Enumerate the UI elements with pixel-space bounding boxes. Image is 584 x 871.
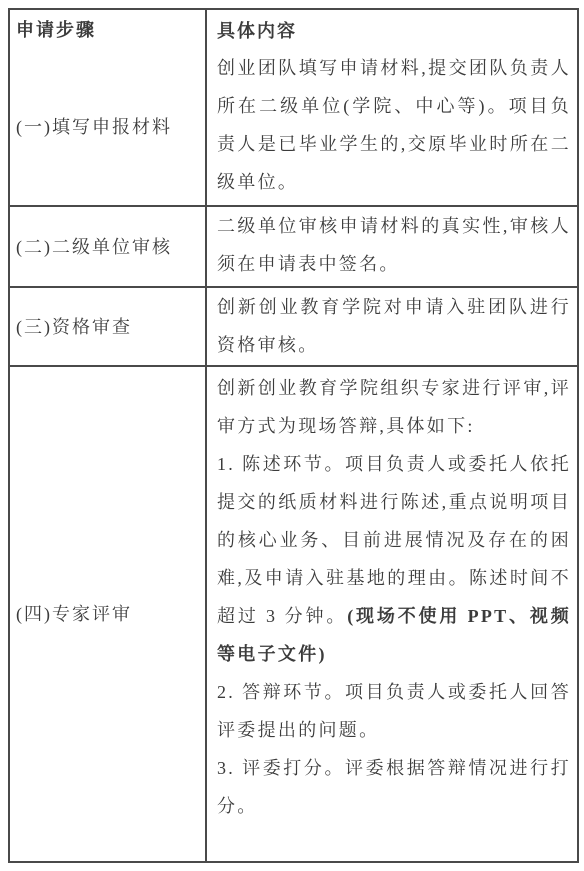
content-cell-3: 创新创业教育学院对申请入驻团队进行资格审核。 [206,287,578,366]
step-label-4: (四)专家评审 [16,604,132,624]
content-text: 2. 答辩环节。项目负责人或委托人回答评委提出的问题。 [217,682,571,740]
content-paragraph: 3. 评委打分。评委根据答辩情况进行打分。 [217,749,571,825]
content-paragraph: 创业团队填写申请材料,提交团队负责人所在二级单位(学院、中心等)。项目负责人是已… [217,49,571,201]
content-text: 二级单位审核申请材料的真实性,审核人须在申请表中签名。 [217,216,571,274]
header-content-label: 具体内容 [217,21,297,41]
step-cell-3: (三)资格审查 [9,287,206,366]
step-label-1: (一)填写申报材料 [16,117,172,137]
content-paragraph: 创新创业教育学院组织专家进行评审,评审方式为现场答辩,具体如下: [217,369,571,445]
content-paragraph: 二级单位审核申请材料的真实性,审核人须在申请表中签名。 [217,207,571,283]
application-steps-table: 申请步骤 具体内容 (一)填写申报材料 创业团队填写申请材料,提交团队负责人所在… [8,8,579,863]
content-text: 1. 陈述环节。项目负责人或委托人依托提交的纸质材料进行陈述,重点说明项目的核心… [217,454,571,626]
content-paragraph: 创新创业教育学院对申请入驻团队进行资格审核。 [217,288,571,364]
step-cell-1: (一)填写申报材料 [9,49,206,206]
table-row-unit-review: (二)二级单位审核 二级单位审核申请材料的真实性,审核人须在申请表中签名。 [9,206,578,287]
content-cell-4: 创新创业教育学院组织专家进行评审,评审方式为现场答辩,具体如下: 1. 陈述环节… [206,366,578,862]
table-row-expert-review: (四)专家评审 创新创业教育学院组织专家进行评审,评审方式为现场答辩,具体如下:… [9,366,578,862]
content-cell-2: 二级单位审核申请材料的真实性,审核人须在申请表中签名。 [206,206,578,287]
content-text: 创业团队填写申请材料,提交团队负责人所在二级单位(学院、中心等)。项目负责人是已… [217,58,571,192]
step-label-2: (二)二级单位审核 [16,237,172,257]
header-steps-label: 申请步骤 [16,20,96,40]
header-cell-content: 具体内容 [206,9,578,49]
content-paragraph: 2. 答辩环节。项目负责人或委托人回答评委提出的问题。 [217,673,571,749]
content-text: 创新创业教育学院组织专家进行评审,评审方式为现场答辩,具体如下: [217,378,571,436]
content-paragraph: 1. 陈述环节。项目负责人或委托人依托提交的纸质材料进行陈述,重点说明项目的核心… [217,445,571,673]
content-text: 创新创业教育学院对申请入驻团队进行资格审核。 [217,297,571,355]
table-header-row: 申请步骤 具体内容 [9,9,578,49]
document-page: 申请步骤 具体内容 (一)填写申报材料 创业团队填写申请材料,提交团队负责人所在… [0,0,584,871]
header-cell-steps: 申请步骤 [9,9,206,49]
step-cell-2: (二)二级单位审核 [9,206,206,287]
step-label-3: (三)资格审查 [16,317,132,337]
table-row-fill-materials: (一)填写申报材料 创业团队填写申请材料,提交团队负责人所在二级单位(学院、中心… [9,49,578,206]
content-cell-1: 创业团队填写申请材料,提交团队负责人所在二级单位(学院、中心等)。项目负责人是已… [206,49,578,206]
content-text: 3. 评委打分。评委根据答辩情况进行打分。 [217,758,571,816]
step-cell-4: (四)专家评审 [9,366,206,862]
table-row-qualification-check: (三)资格审查 创新创业教育学院对申请入驻团队进行资格审核。 [9,287,578,366]
